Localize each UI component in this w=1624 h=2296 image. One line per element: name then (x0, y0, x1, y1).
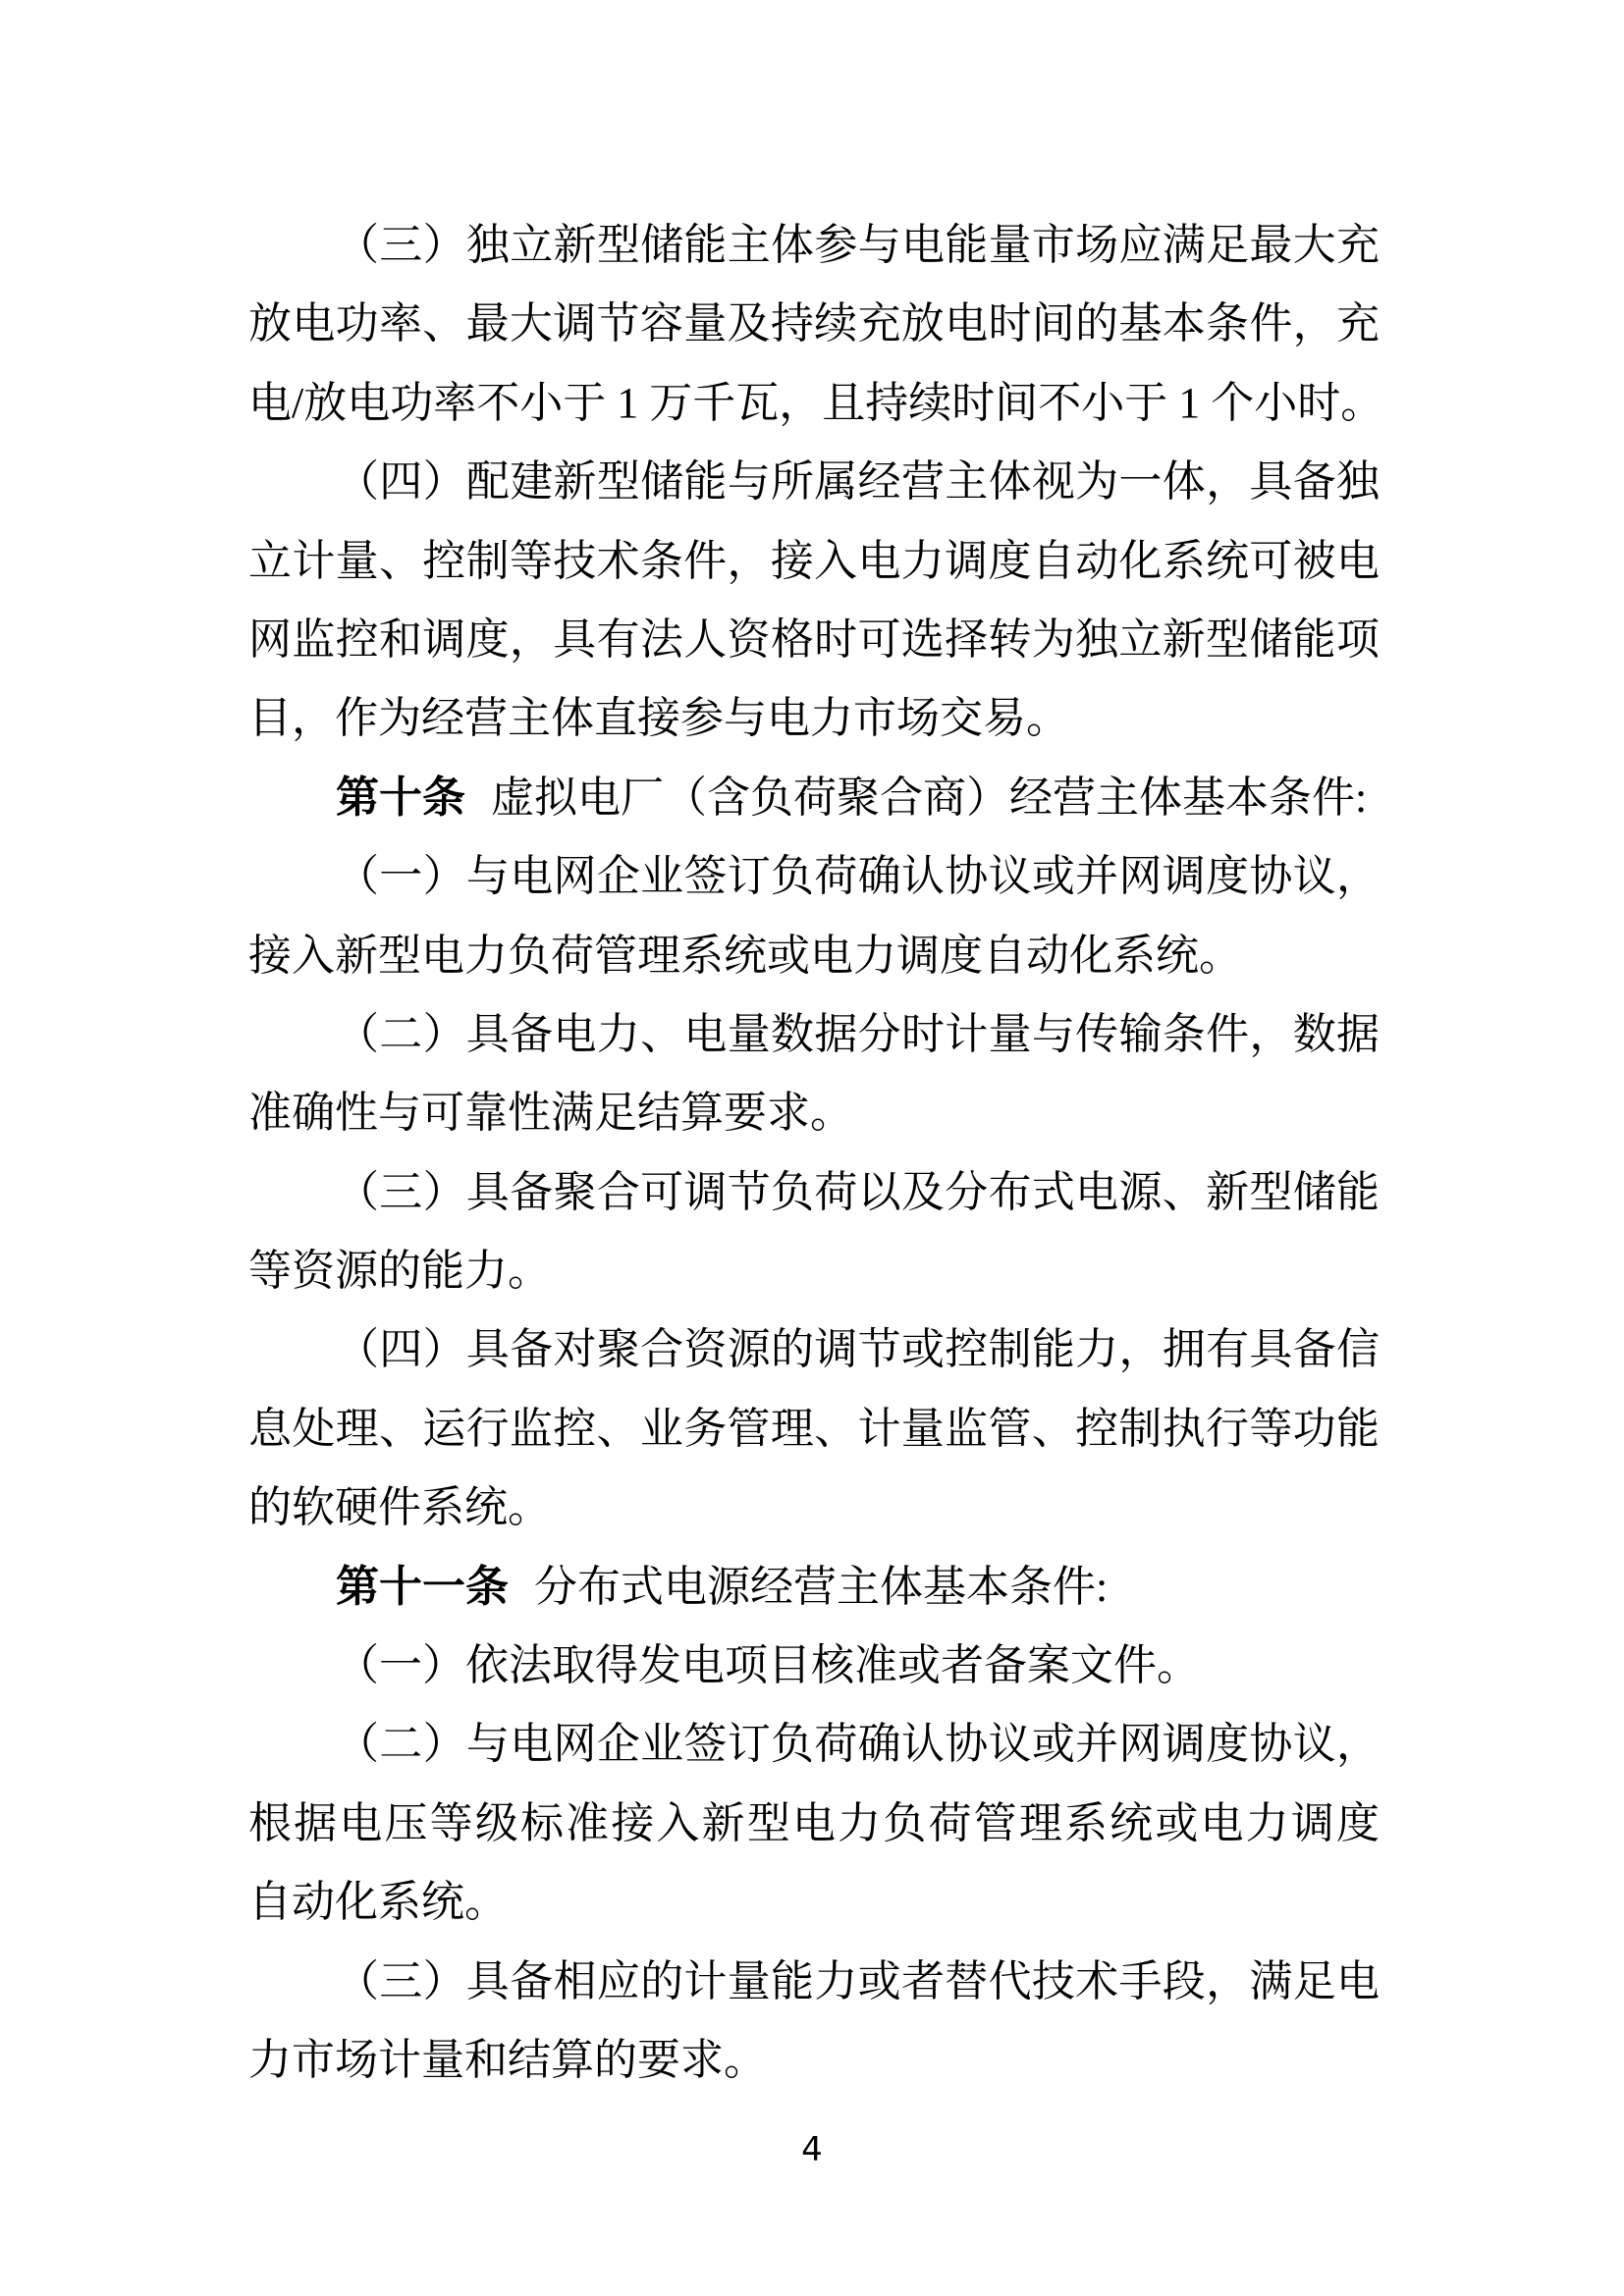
doc-line: （一）与电网企业签订负荷确认协议或并网调度协议， (248, 837, 1380, 916)
doc-line: 接入新型电力负荷管理系统或电力调度自动化系统。 (248, 917, 1380, 995)
doc-line: 自动化系统。 (248, 1863, 1380, 1942)
doc-line: （一）依法取得发电项目核准或者备案文件。 (248, 1627, 1380, 1705)
document-page: （三）独立新型储能主体参与电能量市场应满足最大充 放电功率、最大调节容量及持续充… (0, 0, 1624, 2296)
doc-line: （三）具备聚合可调节负荷以及分布式电源、新型储能 (248, 1153, 1380, 1232)
doc-line: 放电功率、最大调节容量及持续充放电时间的基本条件，充 (248, 285, 1380, 363)
doc-line: （二）具备电力、电量数据分时计量与传输条件，数据 (248, 995, 1380, 1074)
doc-line: （四）具备对聚合资源的调节或控制能力，拥有具备信 (248, 1310, 1380, 1389)
doc-line: 的软硬件系统。 (248, 1468, 1380, 1547)
doc-line: 立计量、控制等技术条件，接入电力调度自动化系统可被电 (248, 522, 1380, 601)
article-heading-text: 分布式电源经营主体基本条件: (534, 1563, 1108, 1611)
article-heading-text: 虚拟电厂（含负荷聚合商）经营主体基本条件: (491, 774, 1367, 822)
doc-line: 目，作为经营主体直接参与电力市场交易。 (248, 679, 1380, 758)
doc-line: （四）配建新型储能与所属经营主体视为一体，具备独 (248, 443, 1380, 521)
doc-line: 电/放电功率不小于 1 万千瓦，且持续时间不小于 1 个小时。 (248, 364, 1380, 443)
article-number-label: 第十一条 (336, 1563, 509, 1611)
document-body: （三）独立新型储能主体参与电能量市场应满足最大充 放电功率、最大调节容量及持续充… (248, 206, 1380, 2100)
doc-line: （三）具备相应的计量能力或者替代技术手段，满足电 (248, 1943, 1380, 2021)
article-number-label: 第十条 (336, 774, 465, 822)
doc-line: 根据电压等级标准接入新型电力负荷管理系统或电力调度 (248, 1785, 1380, 1863)
doc-line: 息处理、运行监控、业务管理、计量监管、控制执行等功能 (248, 1390, 1380, 1468)
doc-line: （二）与电网企业签订负荷确认协议或并网调度协议， (248, 1705, 1380, 1784)
doc-line: 网监控和调度，具有法人资格时可选择转为独立新型储能项 (248, 601, 1380, 679)
page-number: 4 (0, 2115, 1624, 2184)
doc-line: （三）独立新型储能主体参与电能量市场应满足最大充 (248, 206, 1380, 285)
doc-line: 等资源的能力。 (248, 1232, 1380, 1310)
article-heading: 第十一条分布式电源经营主体基本条件: (248, 1548, 1380, 1627)
doc-line: 力市场计量和结算的要求。 (248, 2021, 1380, 2100)
doc-line: 准确性与可靠性满足结算要求。 (248, 1074, 1380, 1152)
article-heading: 第十条虚拟电厂（含负荷聚合商）经营主体基本条件: (248, 759, 1380, 837)
